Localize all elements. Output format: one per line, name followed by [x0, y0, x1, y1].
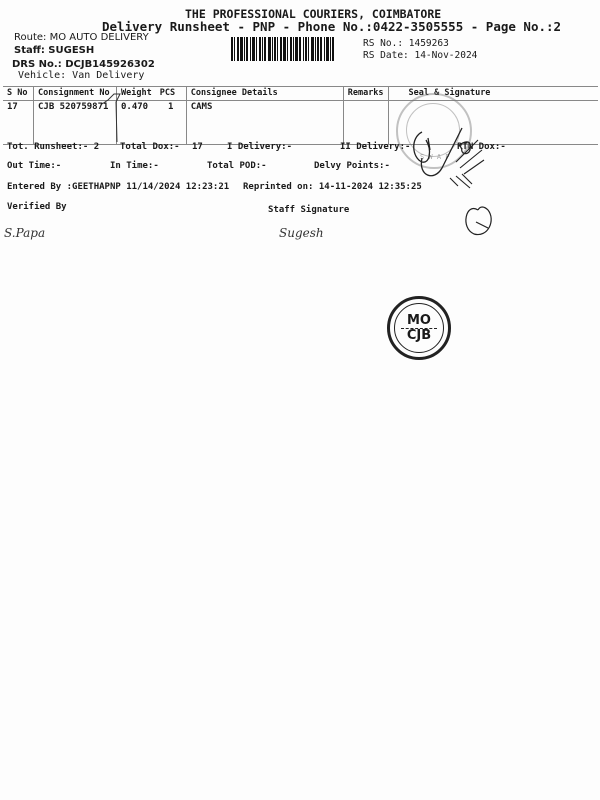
office-stamp: MO CJB	[387, 296, 451, 360]
office-stamp-line1: MO	[407, 315, 431, 327]
verified-by-label: Verified By	[7, 202, 67, 212]
staff-label: Staff: SUGESH	[14, 45, 94, 56]
runsheet-subtitle: Delivery Runsheet - PNP - Phone No.:0422…	[102, 19, 561, 34]
total-dox-label: Total Dox:-	[120, 142, 180, 152]
vehicle-label: Vehicle: Van Delivery	[18, 70, 144, 81]
cell-pcs: 1	[156, 101, 187, 145]
out-time: Out Time:-	[7, 161, 61, 171]
entered-by: Entered By :GEETHAPNP 11/14/2024 12:23:2…	[7, 182, 229, 192]
table-header-row: S No Consignment No Weight PCS Consignee…	[3, 87, 598, 101]
tot-runsheet: Tot. Runsheet:- 2	[7, 142, 99, 152]
drs-number: DRS No.: DCJB145926302	[12, 59, 155, 70]
total-dox-value: 17	[192, 142, 203, 152]
cell-s-no: 17	[3, 101, 34, 145]
col-consignee-details: Consignee Details	[186, 87, 343, 101]
delvy-points: Delvy Points:-	[314, 161, 390, 171]
cell-consignee: CAMS	[186, 101, 343, 145]
office-stamp-line2: CJB	[407, 330, 431, 342]
cell-remarks	[343, 101, 388, 145]
barcode	[231, 37, 351, 61]
total-pod: Total POD:-	[207, 161, 267, 171]
col-pcs: PCS	[156, 87, 187, 101]
col-s-no: S No	[3, 87, 34, 101]
rs-number: RS No.: 1459263	[363, 38, 449, 49]
staff-signature-label: Staff Signature	[268, 205, 349, 215]
col-remarks: Remarks	[343, 87, 388, 101]
route-label: Route: MO AUTO DELIVERY	[14, 32, 149, 43]
rs-date: RS Date: 14-Nov-2024	[363, 50, 477, 61]
check-mark-icon	[100, 92, 125, 152]
verifier-signature: S.Papa	[4, 226, 45, 240]
in-time: In Time:-	[110, 161, 159, 171]
reprinted-on: Reprinted on: 14-11-2024 12:35:25	[243, 182, 422, 192]
ink-signature-scribble	[400, 110, 530, 250]
i-delivery: I Delivery:-	[227, 142, 292, 152]
staff-handwritten-signature: Sugesh	[279, 226, 324, 240]
